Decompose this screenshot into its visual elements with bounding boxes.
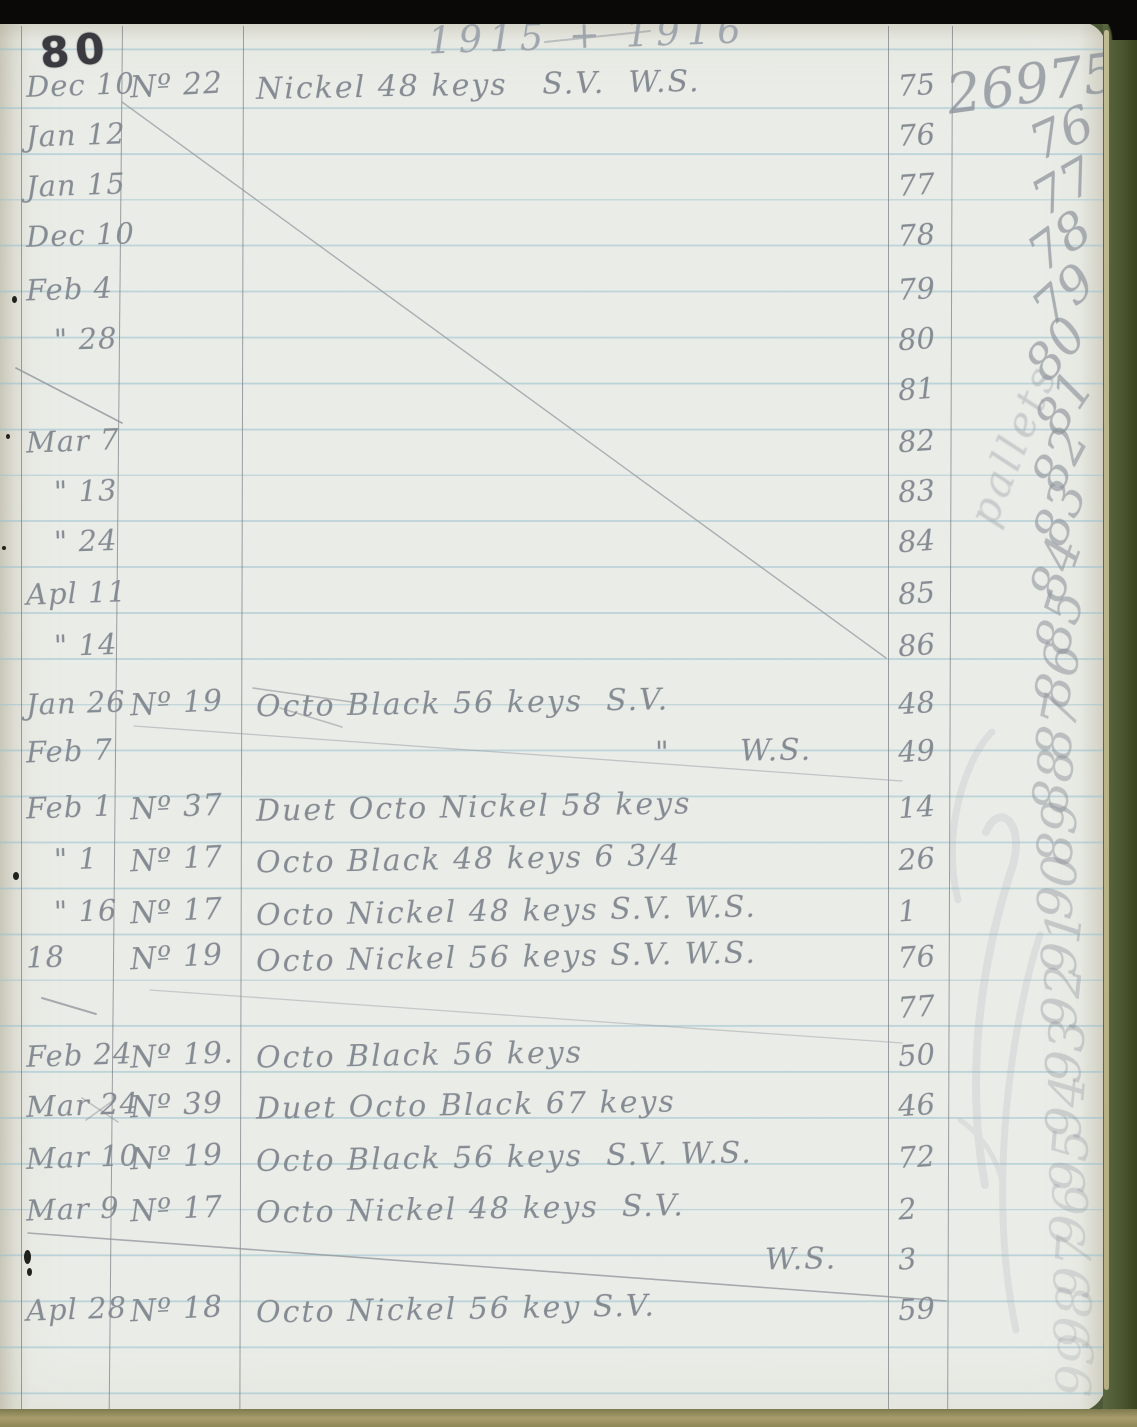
row-11-date: " 14 xyxy=(53,627,118,663)
row-22-serial-last2: 2 xyxy=(897,1191,918,1226)
row-7-date: Mar 7 xyxy=(25,422,120,459)
row-2-date: Jan 15 xyxy=(25,166,126,203)
row-23-description: W.S. xyxy=(765,1241,838,1277)
row-1-serial-last2: 76 xyxy=(897,117,936,153)
row-8-date: " 13 xyxy=(53,473,118,509)
row-8-serial-last2: 83 xyxy=(897,473,936,509)
row-18-serial-last2: 77 xyxy=(897,989,936,1025)
ink-speck xyxy=(24,1250,31,1264)
row-10-date: Apl 11 xyxy=(25,574,127,612)
row-20-date: Mar 24 xyxy=(25,1086,139,1124)
row-16-model-no: Nº 17 xyxy=(129,892,224,932)
row-4-date: Feb 4 xyxy=(25,270,113,307)
row-21-model-no: Nº 19 xyxy=(129,1138,224,1178)
row-11-serial-last2: 86 xyxy=(897,627,936,663)
row-20-model-no: Nº 39 xyxy=(129,1086,224,1126)
ink-speck xyxy=(2,546,6,550)
row-15-model-no: Nº 17 xyxy=(129,840,224,880)
row-6-serial-last2: 81 xyxy=(897,371,936,407)
row-4-serial-last2: 79 xyxy=(897,271,936,307)
row-21-serial-last2: 72 xyxy=(897,1139,936,1175)
row-3-date: Dec 10 xyxy=(25,216,135,254)
row-7-serial-last2: 82 xyxy=(897,423,936,459)
row-5-serial-last2: 80 xyxy=(897,321,936,357)
row-19-serial-last2: 50 xyxy=(897,1037,936,1073)
row-24-model-no: Nº 18 xyxy=(129,1290,224,1330)
row-5-date: " 28 xyxy=(53,321,118,357)
row-22-date: Mar 9 xyxy=(25,1190,120,1227)
row-19-description: Octo Black 56 keys xyxy=(256,1035,584,1076)
row-2-serial-last2: 77 xyxy=(897,167,936,203)
column-rule-3 xyxy=(888,26,889,1410)
page-corner-top-right xyxy=(1077,0,1137,40)
row-0-serial-last2: 75 xyxy=(897,67,936,103)
row-22-description: Octo Nickel 48 keys S.V. xyxy=(256,1188,685,1230)
row-10-serial-last2: 85 xyxy=(897,575,936,611)
scan-edge-bottom xyxy=(0,1409,1137,1427)
row-15-serial-last2: 26 xyxy=(897,841,936,877)
ink-speck xyxy=(12,296,17,303)
row-20-serial-last2: 46 xyxy=(897,1087,936,1123)
row-19-model-no: Nº 19. xyxy=(129,1035,234,1075)
row-20-description: Duet Octo Black 67 keys xyxy=(256,1084,676,1126)
row-24-description: Octo Nickel 56 key S.V. xyxy=(256,1289,656,1331)
row-9-serial-last2: 84 xyxy=(897,523,936,559)
row-3-serial-last2: 78 xyxy=(897,217,936,253)
row-14-date: Feb 1 xyxy=(25,788,113,825)
row-22-model-no: Nº 17 xyxy=(129,1190,224,1230)
ink-speck xyxy=(27,1268,32,1276)
row-13-description: " W.S. xyxy=(655,733,813,771)
ink-speck xyxy=(13,872,19,880)
row-13-date: Feb 7 xyxy=(25,732,113,769)
row-12-description: Octo Black 56 keys S.V. xyxy=(256,682,670,724)
row-9-date: " 24 xyxy=(53,523,118,559)
row-17-date: 18 xyxy=(25,939,65,974)
row-14-serial-last2: 14 xyxy=(897,789,936,825)
row-0-model-no: Nº 22 xyxy=(129,66,224,106)
row-13-serial-last2: 49 xyxy=(897,733,936,769)
row-15-date: " 1 xyxy=(53,841,98,877)
row-15-description: Octo Black 48 keys 6 3/4 xyxy=(256,838,682,880)
row-1-date: Jan 12 xyxy=(25,116,126,153)
row-19-date: Feb 24 xyxy=(25,1036,133,1074)
row-23-serial-last2: 3 xyxy=(897,1241,918,1276)
row-12-date: Jan 26 xyxy=(25,684,126,721)
row-12-model-no: Nº 19 xyxy=(129,684,224,724)
row-14-model-no: Nº 37 xyxy=(129,788,224,828)
row-16-serial-last2: 1 xyxy=(897,893,918,928)
row-17-model-no: Nº 19 xyxy=(129,938,224,978)
row-24-serial-last2: 59 xyxy=(897,1291,936,1327)
ink-speck xyxy=(6,434,10,439)
row-24-date: Apl 28 xyxy=(25,1290,127,1328)
ledger-page-scan: 80 1915 + 1916 pallets Dec 10Nº 22Nickel… xyxy=(0,0,1137,1427)
row-0-date: Dec 10 xyxy=(25,66,135,104)
column-rule-left-margin xyxy=(21,26,22,1410)
row-21-date: Mar 10 xyxy=(25,1138,139,1176)
margin-serial-99: 99 xyxy=(1045,1331,1107,1399)
page-edge-highlight xyxy=(1104,30,1109,1390)
row-16-date: " 16 xyxy=(53,893,118,929)
scan-edge-top xyxy=(0,0,1137,24)
row-12-serial-last2: 48 xyxy=(897,685,936,721)
row-17-serial-last2: 76 xyxy=(897,939,936,975)
